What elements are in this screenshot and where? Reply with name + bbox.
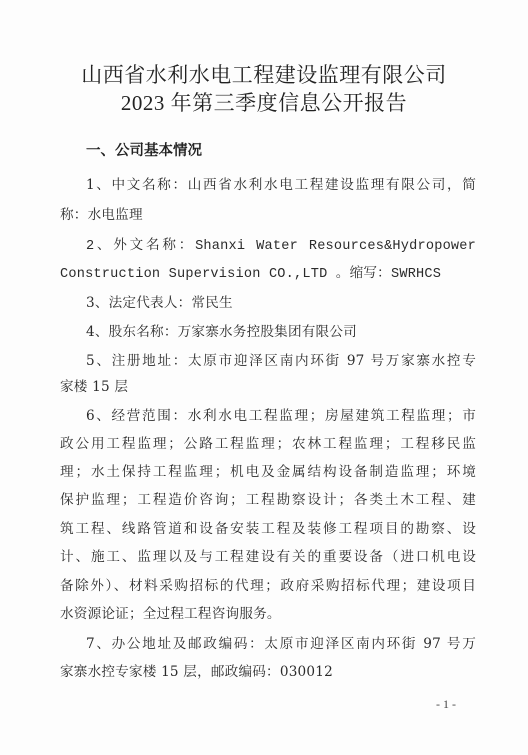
page-number: - 1 - <box>436 697 456 712</box>
paragraph-line: 筑工程、线路管道和设备安装工程及装修工程项目的勘察、设 <box>60 517 476 537</box>
section-heading-company-info: 一、公司基本情况 <box>86 139 202 160</box>
paragraph-line: 政公用工程监理；公路工程监理；农林工程监理；工程移民监 <box>60 432 476 452</box>
paragraph-line: 1、中文名称：山西省水利水电工程建设监理有限公司，简 <box>86 173 476 193</box>
paragraph-line: 3、法定代表人：常民生 <box>86 291 233 311</box>
paragraph-line: 5、注册地址：太原市迎泽区南内环街 97 号万家寨水控专 <box>86 349 476 369</box>
paragraph-line: 2、外文名称：Shanxi Water Resources&Hydropower <box>86 233 476 254</box>
paragraph-line: 计、施工、监理以及与工程建设有关的重要设备（进口机电设 <box>60 545 476 565</box>
paragraph-line: Construction Supervision CO.,LTD 。缩写：SWR… <box>60 261 441 282</box>
paragraph-line: 备除外）、材料采购招标的代理；政府采购招标代理；建设项目 <box>60 574 476 594</box>
paragraph-line: 4、股东名称：万家寨水务控股集团有限公司 <box>86 320 357 340</box>
paragraph-line: 7、办公地址及邮政编码：太原市迎泽区南内环街 97 号万 <box>86 632 476 652</box>
document-page: 山西省水利水电工程建设监理有限公司 2023 年第三季度信息公开报告 一、公司基… <box>0 0 528 755</box>
paragraph-line: 家楼 15 层 <box>60 375 128 395</box>
paragraph-line: 称：水电监理 <box>60 203 143 223</box>
paragraph-line: 6、经营范围：水利水电工程监理；房屋建筑工程监理；市 <box>86 404 476 424</box>
paragraph-line: 水资源论证；全过程工程咨询服务。 <box>60 602 281 622</box>
paragraph-line: 家寨水控专家楼 15 层，邮政编码：030012 <box>60 660 333 680</box>
paragraph-line: 理；水土保持工程监理；机电及金属结构设备制造监理；环境 <box>60 460 476 480</box>
document-title-line1: 山西省水利水电工程建设监理有限公司 <box>0 59 528 89</box>
paragraph-line: 保护监理；工程造价咨询；工程勘察设计；各类土木工程、建 <box>60 488 476 508</box>
document-title-line2: 2023 年第三季度信息公开报告 <box>0 87 528 117</box>
